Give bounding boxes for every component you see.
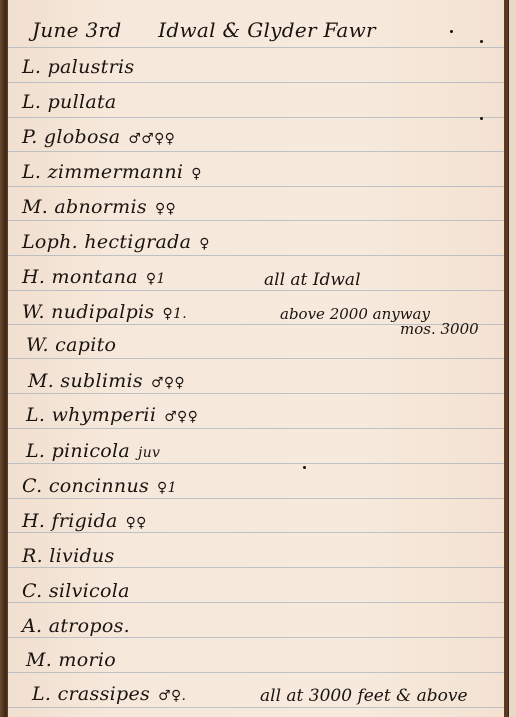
species-entry: W. capito — [26, 334, 124, 356]
species-entry: M. abnormis♀♀ — [22, 196, 176, 218]
notebook-page: June 3rd Idwal & Glyder Fawr L. palustri… — [8, 0, 504, 717]
species-entry: L. crassipes♂♀. — [32, 683, 186, 705]
species-entry: L. palustris — [22, 56, 142, 78]
ruled-line — [8, 463, 504, 464]
species-entry: W. nudipalpis♀1. — [22, 301, 187, 323]
species-entry: C. concinnus♀1 — [22, 475, 177, 497]
ruled-line — [8, 637, 504, 638]
species-entry: L. zimmermanni♀ — [22, 161, 202, 183]
species-entry: L. pinicolajuv — [26, 440, 160, 462]
header-date: June 3rd — [32, 18, 121, 42]
ruled-line — [8, 498, 504, 499]
species-entry: M. morio — [26, 649, 124, 671]
ruled-line — [8, 82, 504, 83]
ruled-line — [8, 532, 504, 533]
ruled-line — [8, 151, 504, 152]
species-entry: H. montana♀1 — [22, 266, 166, 288]
ruled-line — [8, 393, 504, 394]
ink-spot — [450, 30, 453, 33]
species-entry: C. silvicola — [22, 580, 138, 602]
species-entry: Loph. hectigrada♀ — [22, 231, 210, 253]
ruled-line — [8, 358, 504, 359]
species-entry: M. sublimis♂♀♀ — [28, 370, 185, 392]
ruled-line — [8, 602, 504, 603]
ink-spot — [303, 466, 306, 469]
ruled-line — [8, 428, 504, 429]
note-all-at-3000: all at 3000 feet & above — [260, 686, 468, 706]
ruled-line — [8, 255, 504, 256]
note-all-at-idwal: all at Idwal — [264, 270, 361, 290]
species-entry: L. whymperii♂♀♀ — [26, 404, 198, 426]
ruled-line — [8, 672, 504, 673]
species-entry: L. pullata — [22, 91, 125, 113]
ruled-line — [8, 47, 504, 48]
ruled-line — [8, 290, 504, 291]
ruled-line — [8, 567, 504, 568]
header-location: Idwal & Glyder Fawr — [158, 18, 376, 42]
ruled-line — [8, 117, 504, 118]
ruled-line — [8, 220, 504, 221]
page-header: June 3rd Idwal & Glyder Fawr — [32, 18, 376, 42]
ink-spot — [480, 40, 483, 43]
ruled-line — [8, 186, 504, 187]
note-mostly-3000: mos. 3000 — [400, 320, 479, 338]
ruled-line — [8, 707, 504, 708]
species-entry: H. frigida♀♀ — [22, 510, 147, 532]
species-entry: A. atropos. — [22, 615, 138, 637]
species-entry: P. globosa♂♂♀♀ — [22, 126, 175, 148]
species-entry: R. lividus — [22, 545, 123, 567]
ink-spot — [480, 117, 483, 120]
page-edge — [508, 0, 516, 717]
